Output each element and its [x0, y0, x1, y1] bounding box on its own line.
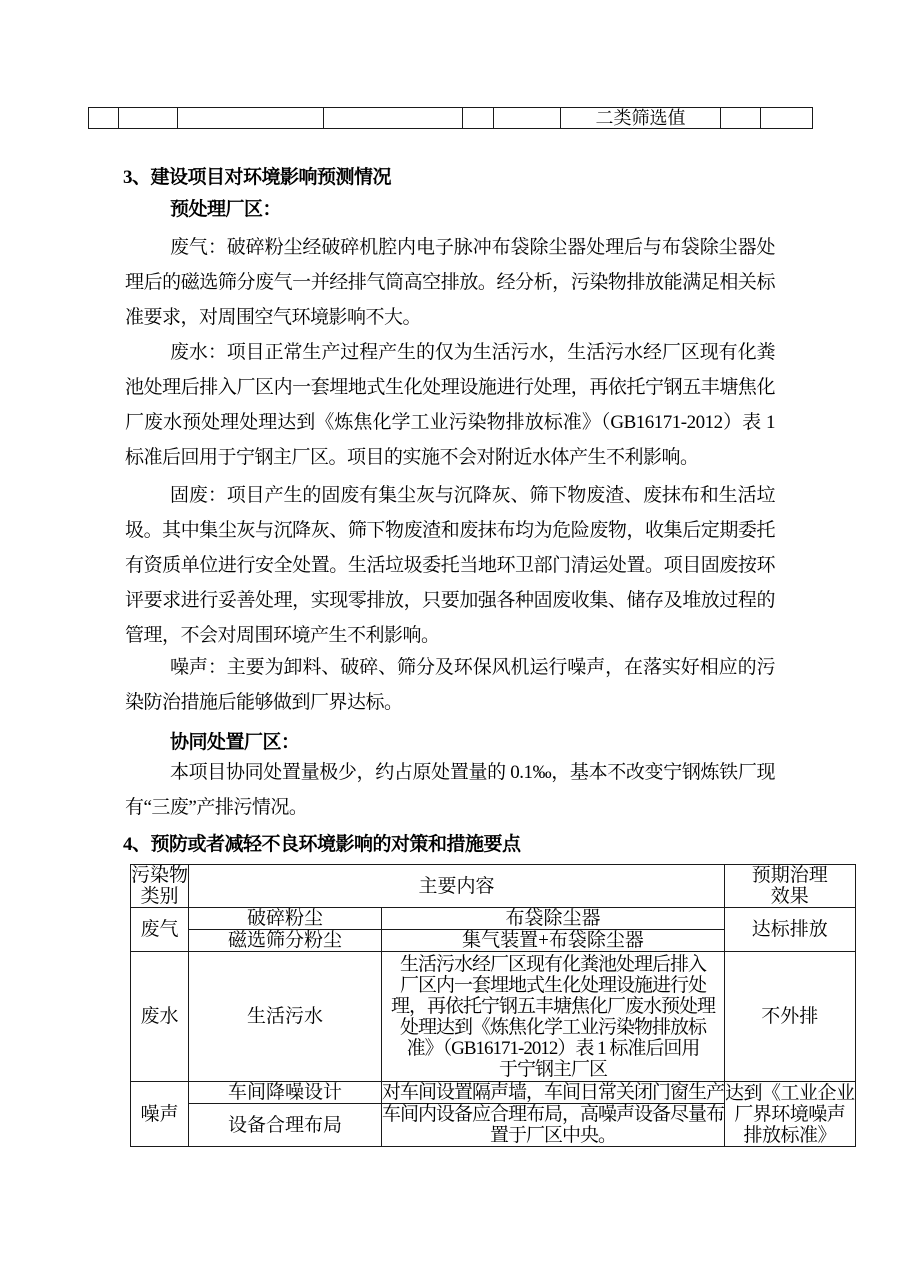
row-gas-1: 废气 破碎粉尘 布袋除尘器 达标排放 [131, 908, 856, 930]
section-3-heading: 3、建设项目对环境影响预测情况 [123, 160, 773, 195]
continued-table-row: 二类筛选值 [89, 108, 813, 129]
table-cell [324, 108, 463, 129]
cell-noise-effect: 达到《工业企业 厂界环境噪声 排放标准》 [725, 1082, 856, 1147]
table-cell [761, 108, 813, 129]
cell-noise-measure-2: 车间内设备应合理布局，高噪声设备尽量布 置于厂区中央。 [382, 1104, 725, 1147]
cell-water-item-domestic-sewage: 生活污水 [189, 952, 382, 1082]
table-cell [119, 108, 178, 129]
table-cell [721, 108, 761, 129]
header-expected-effect: 预期治理 效果 [725, 865, 856, 908]
section-4-heading: 4、预防或者减轻不良环境影响的对策和措施要点 [123, 827, 773, 862]
paragraph-waste-gas: 废气：破碎粉尘经破碎机腔内电子脉冲布袋除尘器处理后与布袋除尘器处理后的磁选筛分废… [125, 230, 775, 335]
measures-table: 污染物 类别 主要内容 预期治理 效果 废气 破碎粉尘 布袋除尘器 达标排放 磁… [130, 864, 856, 1147]
cell-gas-item-crushing-dust: 破碎粉尘 [189, 908, 382, 930]
cell-noise-label: 噪声 [131, 1082, 189, 1147]
cell-gas-measure-collector-baghouse: 集气装置+布袋除尘器 [382, 930, 725, 952]
document-page: 二类筛选值 3、建设项目对环境影响预测情况 预处理厂区： 废气：破碎粉尘经破碎机… [0, 0, 900, 1272]
row-water: 废水 生活污水 生活污水经厂区现有化粪池处理后排入 厂区内一套埋地式生化处理设施… [131, 952, 856, 1082]
cell-noise-measure-1: 对车间设置隔声墙，车间日常关闭门窗生产 [382, 1082, 725, 1104]
cell-water-label: 废水 [131, 952, 189, 1082]
continued-table: 二类筛选值 [88, 107, 813, 129]
row-noise-1: 噪声 车间降噪设计 对车间设置隔声墙，车间日常关闭门窗生产 达到《工业企业 厂界… [131, 1082, 856, 1104]
cell-type2-screening-value: 二类筛选值 [561, 108, 721, 129]
cell-noise-item-workshop-design: 车间降噪设计 [189, 1082, 382, 1104]
subheading-pretreatment-area: 预处理厂区： [125, 192, 775, 227]
table-cell [494, 108, 561, 129]
cell-water-measure: 生活污水经厂区现有化粪池处理后排入 厂区内一套埋地式生化处理设施进行处 理，再依… [382, 952, 725, 1082]
table-cell [89, 108, 119, 129]
cell-gas-effect: 达标排放 [725, 908, 856, 952]
header-pollutant-category: 污染物 类别 [131, 865, 189, 908]
cell-gas-label: 废气 [131, 908, 189, 952]
table-cell [463, 108, 494, 129]
paragraph-noise: 噪声：主要为卸料、破碎、筛分及环保风机运行噪声，在落实好相应的污染防治措施后能够… [125, 650, 775, 720]
paragraph-solid-waste: 固废：项目产生的固废有集尘灰与沉降灰、筛下物废渣、废抹布和生活垃圾。其中集尘灰与… [125, 478, 775, 653]
header-main-content: 主要内容 [189, 865, 725, 908]
paragraph-waste-water: 废水：项目正常生产过程产生的仅为生活污水，生活污水经厂区现有化粪池处理后排入厂区… [125, 335, 775, 475]
cell-water-effect: 不外排 [725, 952, 856, 1082]
cell-noise-item-equipment-layout: 设备合理布局 [189, 1104, 382, 1147]
cell-gas-measure-baghouse: 布袋除尘器 [382, 908, 725, 930]
paragraph-codisposal: 本项目协同处置量极少，约占原处置量的 0.1‰，基本不改变宁钢炼铁厂现有“三废”… [125, 755, 775, 825]
measures-header-row: 污染物 类别 主要内容 预期治理 效果 [131, 865, 856, 908]
cell-gas-item-magnetic-screening-dust: 磁选筛分粉尘 [189, 930, 382, 952]
table-cell [178, 108, 324, 129]
